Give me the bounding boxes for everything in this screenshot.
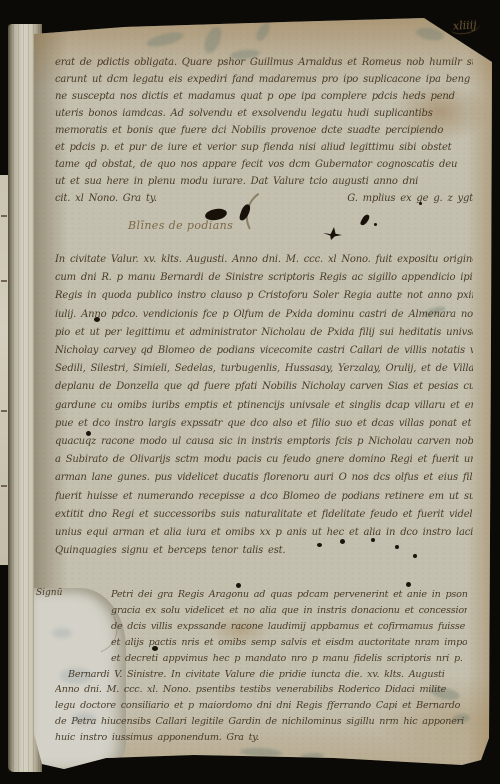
manuscript-line: extitit dno Regi et successoribs suis na… xyxy=(55,506,473,524)
ink-dot xyxy=(419,202,422,205)
manuscript-line: ut et sua here in plenu modu iurare. Dat… xyxy=(55,173,473,190)
block1-closing: cit. xl Nono. Gra ty. xyxy=(55,190,157,207)
manuscript-line: deplanu de Donzella que qd fuere pfati N… xyxy=(55,378,473,396)
rubric-heading: Blīnes de podians xyxy=(128,219,233,232)
manuscript-line: Sedili, Silestri, Simieli, Sedelas, turb… xyxy=(55,360,473,378)
folio-number: xliiij xyxy=(450,18,481,35)
manuscript-line: huic instro iussimus apponendum. Gra ty. xyxy=(55,730,467,746)
manuscript-line: Anno dni. M. ccc. xl. Nono. psentibs tes… xyxy=(55,682,467,698)
manuscript-line: Nicholay carvey qd Blomeo de podians vic… xyxy=(55,342,473,360)
showthrough-smudge xyxy=(240,747,282,758)
manuscript-line: pue et dco instro largis expssatr que dc… xyxy=(55,415,473,433)
edge-text-fragment xyxy=(1,485,7,487)
showthrough-smudge xyxy=(145,30,185,50)
manuscript-line: arman lane gunes. pus videlicet ducatis … xyxy=(55,469,473,487)
manuscript-line: et decreti appvimus hec p mandato nro p … xyxy=(55,651,467,667)
manuscript-line: In civitate Valur. xv. klts. Augusti. An… xyxy=(55,251,473,269)
manuscript-line: de Petra hiucensibs Callari legitile Gar… xyxy=(55,714,467,730)
edge-text-fragment xyxy=(1,280,7,282)
manuscript-line: de dcis villis expssande racone laudimij… xyxy=(55,619,467,635)
manuscript-line: gracia ex solu videlicet et no alia que … xyxy=(55,603,467,619)
manuscript-line: unius equi arman et alia iura et omibs x… xyxy=(55,524,473,542)
showthrough-smudge xyxy=(300,752,324,761)
notarial-subscription: G. mplius ex ge g. z ygt xyxy=(347,190,473,207)
manuscript-photo: xliiij erat de pdictis obligata. Quare p… xyxy=(0,0,500,784)
text-block-main: In civitate Valur. xv. klts. Augusti. An… xyxy=(55,251,473,560)
manuscript-line: pio et ut per legittimu et administrator… xyxy=(55,324,473,342)
manuscript-line: legu doctore consiliario et p maiordomo … xyxy=(55,698,467,714)
manuscript-line: gardune cu omibs iuribs emptis et ptinen… xyxy=(55,397,473,415)
manuscript-line: fuerit huisse et numerando recepisse a d… xyxy=(55,488,473,506)
manuscript-line: erat de pdictis obligata. Quare pshor Gu… xyxy=(55,54,473,71)
manuscript-line: carunt ut dcm legatu eis expediri fand m… xyxy=(55,71,473,88)
manuscript-line: Regis in quoda publico instro clauso p C… xyxy=(55,287,473,305)
manuscript-line: Bernardi V. Sinistre. In civitate Valure… xyxy=(55,667,467,683)
showthrough-smudge xyxy=(201,24,224,55)
text-block-upper: erat de pdictis obligata. Quare pshor Gu… xyxy=(55,54,473,207)
manuscript-line: cum dni R. p manu Bernardi de Sinistre s… xyxy=(55,269,473,287)
manuscript-line: uteris bonos iamdcas. Ad solvendu et exs… xyxy=(55,105,473,122)
edge-text-fragment xyxy=(1,410,7,412)
manuscript-line: Quinquagies signu et berceps tenor talis… xyxy=(55,542,473,560)
manuscript-line: iulij. Anno pdco. vendicionis fce p Olfu… xyxy=(55,306,473,324)
text-block-lower: Petri dei gra Regis Aragonu ad quas pdca… xyxy=(55,587,467,746)
manuscript-line: a Subirato de Olivarijs sctm modu pacis … xyxy=(55,451,473,469)
showthrough-smudge xyxy=(415,26,445,43)
manuscript-line: et alijs pactis nris et omibs semp salvi… xyxy=(55,635,467,651)
showthrough-smudge xyxy=(254,21,273,43)
manuscript-line: quacuqz racone modo ul causa sic in inst… xyxy=(55,433,473,451)
manuscript-line: ne suscepta nos dictis et madamus quat p… xyxy=(55,88,473,105)
manuscript-line: memoratis et bonis que fuere dci Nobilis… xyxy=(55,122,473,139)
manuscript-line: tame qd obstat, de quo nos appare fecit … xyxy=(55,156,473,173)
ink-dot xyxy=(374,223,377,226)
edge-text-fragment xyxy=(1,215,7,217)
manuscript-line: Petri dei gra Regis Aragonu ad quas pdca… xyxy=(55,587,467,603)
manuscript-line: et pdcis p. et pur de iure et verior sup… xyxy=(55,139,473,156)
